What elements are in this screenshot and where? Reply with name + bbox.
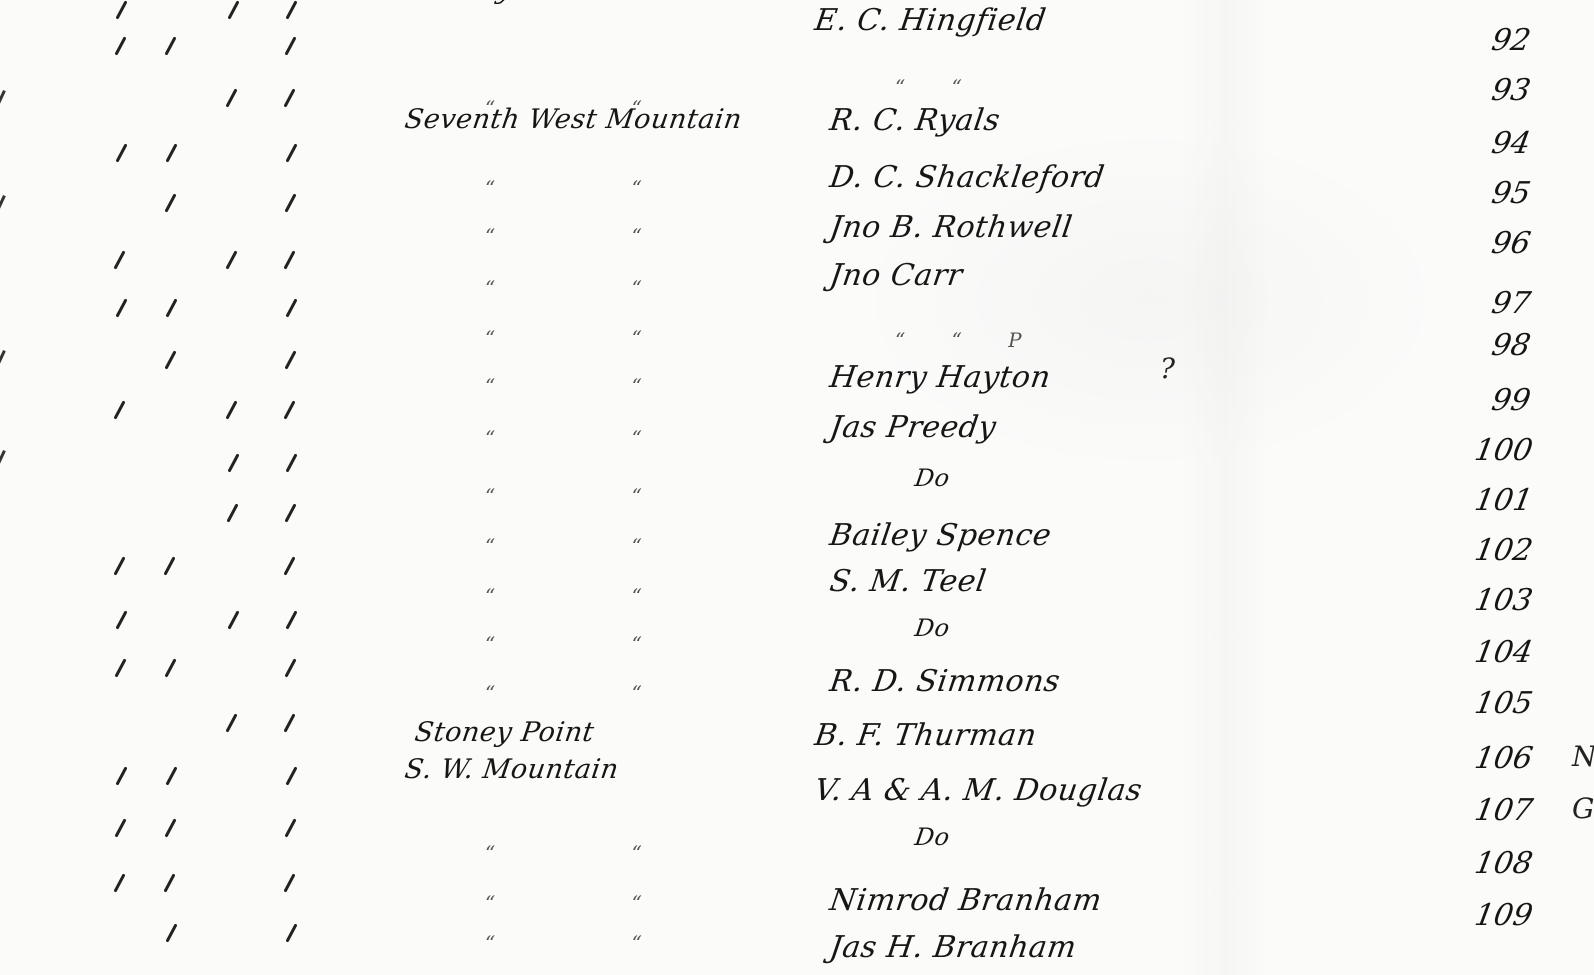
tally-mark xyxy=(165,766,177,785)
tally-mark xyxy=(225,250,237,269)
name-cell: Nimrod Branham xyxy=(828,883,1105,918)
edge-tick-mark xyxy=(0,350,6,364)
location-ditto: “ “ xyxy=(485,276,642,300)
location-cell: S. W. Mountain xyxy=(403,754,621,785)
tally-mark xyxy=(165,298,177,317)
location-ditto: “ “ xyxy=(485,534,642,558)
location-ditto: “ “ xyxy=(485,484,642,508)
tally-mark xyxy=(113,250,125,269)
tally-mark xyxy=(115,766,127,785)
tally-mark xyxy=(115,143,127,162)
name-cell: Henry Hayton xyxy=(828,360,1053,395)
name-cell: B. F. Thurman xyxy=(813,718,1039,753)
tally-mark xyxy=(114,818,126,837)
entry-number: 98 xyxy=(1489,328,1533,363)
tally-mark xyxy=(285,143,297,162)
tally-mark xyxy=(164,36,176,55)
tally-mark xyxy=(113,400,125,419)
tally-mark xyxy=(283,88,295,107)
tally-mark xyxy=(113,873,125,892)
tally-mark xyxy=(114,36,126,55)
edge-tick-mark xyxy=(0,450,6,464)
tally-mark xyxy=(285,0,297,19)
tally-mark xyxy=(227,610,239,629)
tally-mark xyxy=(164,193,176,212)
tally-mark xyxy=(163,873,175,892)
tally-mark xyxy=(283,713,295,732)
tally-mark xyxy=(227,453,239,472)
tally-mark xyxy=(284,503,296,522)
tally-mark xyxy=(284,350,296,369)
tally-mark xyxy=(284,36,296,55)
tally-mark xyxy=(283,873,295,892)
location-ditto: “ “ xyxy=(485,584,642,608)
name-cell: Do xyxy=(913,614,952,642)
location-ditto: “ “ xyxy=(485,891,642,915)
name-cell: R. C. Ryals xyxy=(828,103,1003,138)
tally-mark xyxy=(165,923,177,942)
location-ditto: “ “ xyxy=(485,326,642,350)
location-ditto: “ “ xyxy=(485,224,642,248)
location-ditto: “ “ xyxy=(485,931,642,955)
tally-mark xyxy=(164,350,176,369)
entry-number: 108 xyxy=(1472,846,1535,881)
entry-number: 94 xyxy=(1489,126,1533,161)
location-ditto: “ “ xyxy=(485,176,642,200)
edge-tick-mark xyxy=(0,195,6,209)
tally-mark xyxy=(283,556,295,575)
name-cell: Do xyxy=(913,823,952,851)
name-ditto: “ “ xyxy=(895,75,962,99)
name-cell: Jas Preedy xyxy=(828,410,999,445)
tally-mark xyxy=(164,818,176,837)
tally-mark xyxy=(163,556,175,575)
name-cell: Bailey Spence xyxy=(828,518,1054,553)
name-cell: R. D. Simmons xyxy=(828,664,1063,699)
location-cell: Ivy Creek xyxy=(468,0,608,5)
location-ditto: “ “ xyxy=(485,374,642,398)
entry-number: 101 xyxy=(1472,483,1535,518)
entry-number: 107 xyxy=(1472,793,1535,828)
entry-number: 92 xyxy=(1489,23,1533,58)
name-cell: E. C. Hingfield xyxy=(813,3,1049,38)
tally-mark xyxy=(164,658,176,677)
entry-number: 91 xyxy=(1489,0,1533,7)
name-cell: Do xyxy=(913,464,952,492)
tally-mark xyxy=(115,610,127,629)
location-cell: Seventh West Mountain xyxy=(403,104,744,135)
entry-number: 93 xyxy=(1489,73,1533,108)
location-ditto: “ “ xyxy=(485,681,642,705)
name-cell: Jno B. Rothwell xyxy=(828,210,1075,245)
edge-tick-mark xyxy=(0,90,6,104)
location-ditto: “ “ xyxy=(485,841,642,865)
entry-number: 105 xyxy=(1472,686,1535,721)
right-margin-mark: N xyxy=(1572,740,1594,773)
tally-mark xyxy=(114,658,126,677)
tally-mark xyxy=(285,766,297,785)
name-cell: Jno Carr xyxy=(828,258,965,293)
tally-mark xyxy=(283,400,295,419)
tally-mark xyxy=(283,250,295,269)
entry-number: 99 xyxy=(1489,383,1533,418)
tally-mark xyxy=(115,298,127,317)
tally-mark xyxy=(285,298,297,317)
tally-mark xyxy=(284,818,296,837)
tally-mark xyxy=(113,556,125,575)
ledger-page: Ivy CreekE. C. Hingfield9192“ ““ “93Seve… xyxy=(0,0,1594,975)
entry-number: 103 xyxy=(1472,583,1535,618)
entry-number: 102 xyxy=(1472,533,1535,568)
location-ditto: “ “ xyxy=(485,632,642,656)
entry-number: 109 xyxy=(1472,898,1535,933)
tally-mark xyxy=(284,658,296,677)
entry-number: 95 xyxy=(1489,176,1533,211)
tally-mark xyxy=(225,400,237,419)
tally-mark xyxy=(226,503,238,522)
margin-note: ? xyxy=(1160,352,1175,385)
name-cell: D. C. Shackleford xyxy=(828,160,1107,195)
entry-number: 106 xyxy=(1472,741,1535,776)
location-ditto: “ “ xyxy=(485,426,642,450)
entry-number: 96 xyxy=(1489,226,1533,261)
tally-mark xyxy=(284,193,296,212)
tally-mark xyxy=(285,610,297,629)
paper-crease xyxy=(1180,0,1270,975)
tally-mark xyxy=(115,0,127,19)
tally-mark xyxy=(285,923,297,942)
name-cell: S. M. Teel xyxy=(828,564,989,599)
tally-mark xyxy=(285,453,297,472)
tally-mark xyxy=(225,713,237,732)
name-cell: V. A & A. M. Douglas xyxy=(813,773,1145,808)
name-ditto: “ “ P xyxy=(895,328,1022,352)
tally-mark xyxy=(225,88,237,107)
tally-mark xyxy=(165,143,177,162)
right-margin-mark: G xyxy=(1572,792,1594,825)
tally-mark xyxy=(227,0,239,19)
entry-number: 97 xyxy=(1489,286,1533,321)
location-cell: Stoney Point xyxy=(413,717,596,748)
name-cell: Jas H. Branham xyxy=(828,930,1079,965)
entry-number: 104 xyxy=(1472,635,1535,670)
entry-number: 100 xyxy=(1472,433,1535,468)
